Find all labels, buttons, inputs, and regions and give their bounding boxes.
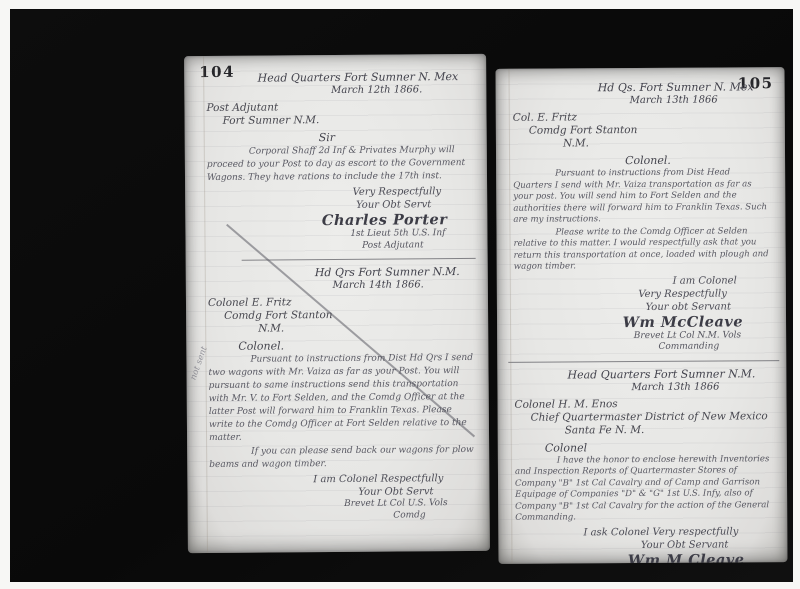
address-line: Fort Sumner N.M.: [223, 113, 475, 128]
address-line: Chief Quartermaster District of New Mexi…: [531, 410, 772, 424]
heading-date: March 14th 1866.: [208, 278, 476, 293]
letter-104-2: Hd Qrs Fort Sumner N.M. March 14th 1866.…: [208, 265, 478, 523]
letter-body: If you can please send back our wagons f…: [209, 444, 477, 472]
address-block: Colonel H. M. Enos Chief Quartermaster D…: [515, 397, 772, 438]
signature-title-line: Post Adjutant: [208, 239, 476, 253]
heading-date: March 13th 1866: [514, 380, 771, 395]
letter-separator-rule: [242, 258, 476, 261]
closing-line: Very Respectfully: [207, 185, 475, 200]
letter-body: Pursuant to instructions from Dist Head …: [513, 167, 770, 226]
heading-date: March 13th 1866: [513, 93, 770, 108]
heading-date: March 12th 1866.: [206, 83, 474, 98]
address-block: Post Adjutant Fort Sumner N.M.: [206, 100, 474, 128]
closing-block: Very Respectfully Your Obt Servt: [207, 185, 475, 213]
letter-heading: Hd Qs. Fort Sumner N. Mex March 13th 186…: [513, 80, 770, 108]
signature-titles: Brevet Lt Col U.S. Vols Comdg: [210, 498, 478, 523]
letter-separator-rule: [508, 360, 779, 363]
ledger-page-104: 104 Head Quarters Fort Sumner N. Mex Mar…: [184, 54, 490, 553]
signature-title-line: Comdg: [210, 509, 478, 523]
margin-note: not sent: [189, 345, 210, 381]
address-line: N.M.: [258, 321, 476, 336]
page-105-content: 105 Hd Qs. Fort Sumner N. Mex March 13th…: [495, 67, 787, 564]
letter-heading: Hd Qrs Fort Sumner N.M. March 14th 1866.: [208, 265, 476, 293]
closing-block: I ask Colonel Very respectfully Your Obt…: [515, 525, 772, 553]
scan-background: 104 Head Quarters Fort Sumner N. Mex Mar…: [10, 9, 793, 582]
heading-place: Hd Qs. Fort Sumner N. Mex: [513, 80, 770, 95]
salutation: Colonel.: [625, 153, 770, 167]
letter-heading: Head Quarters Fort Sumner N. Mex March 1…: [206, 70, 474, 98]
address-block: Colonel E. Fritz Comdg Fort Stanton N.M.: [208, 295, 476, 336]
closing-block: I am Colonel Very Respectfully Your obt …: [514, 274, 771, 315]
heading-place: Head Quarters Fort Sumner N.M.: [514, 367, 771, 382]
ledger-page-105: 105 Hd Qs. Fort Sumner N. Mex March 13th…: [495, 67, 787, 564]
closing-line: I am Colonel Respectfully: [209, 472, 477, 487]
heading-place: Hd Qrs Fort Sumner N.M.: [208, 265, 476, 280]
letter-body: Pursuant to instructions from Dist Hd Qr…: [208, 352, 477, 445]
signature: Charles Porter: [207, 211, 475, 230]
heading-place: Head Quarters Fort Sumner N. Mex: [206, 70, 474, 85]
signature-titles: Brevet Lt Col N.M. Vols Commanding: [514, 330, 771, 355]
letter-heading: Head Quarters Fort Sumner N.M. March 13t…: [514, 367, 771, 395]
salutation: Colonel.: [238, 338, 476, 353]
letter-104-1: Head Quarters Fort Sumner N. Mex March 1…: [206, 70, 475, 253]
signature: Wm McCleave: [514, 313, 771, 332]
address-line: Santa Fe N. M.: [565, 423, 772, 437]
letter-105-2: Head Quarters Fort Sumner N.M. March 13t…: [514, 367, 772, 564]
closing-line: I ask Colonel Very respectfully: [515, 525, 772, 540]
letter-body: I have the honor to enclose herewith Inv…: [515, 454, 772, 525]
letter-body: Corporal Shaff 2d Inf & Privates Murphy …: [207, 144, 475, 185]
closing-line: I am Colonel: [514, 274, 771, 289]
letter-body: Please write to the Comdg Officer at Sel…: [513, 226, 770, 274]
salutation: Sir: [319, 130, 475, 144]
address-block: Col. E. Fritz Comdg Fort Stanton N.M.: [513, 110, 770, 151]
closing-block: I am Colonel Respectfully Your Obt Servt: [209, 472, 477, 500]
salutation: Colonel: [545, 440, 772, 454]
photo-frame: 104 Head Quarters Fort Sumner N. Mex Mar…: [0, 0, 800, 589]
page-104-content: 104 Head Quarters Fort Sumner N. Mex Mar…: [184, 54, 490, 553]
signature-titles: 1st Lieut 5th U.S. Inf Post Adjutant: [207, 228, 475, 253]
signature-title-line: Commanding: [514, 341, 771, 354]
signature: Wm M Cleave: [515, 551, 772, 564]
letter-105-1: Hd Qs. Fort Sumner N. Mex March 13th 186…: [513, 80, 772, 354]
signature-title-line: Brevet Lt Col N.M. Vols: [514, 330, 771, 343]
address-line: N.M.: [563, 136, 770, 150]
